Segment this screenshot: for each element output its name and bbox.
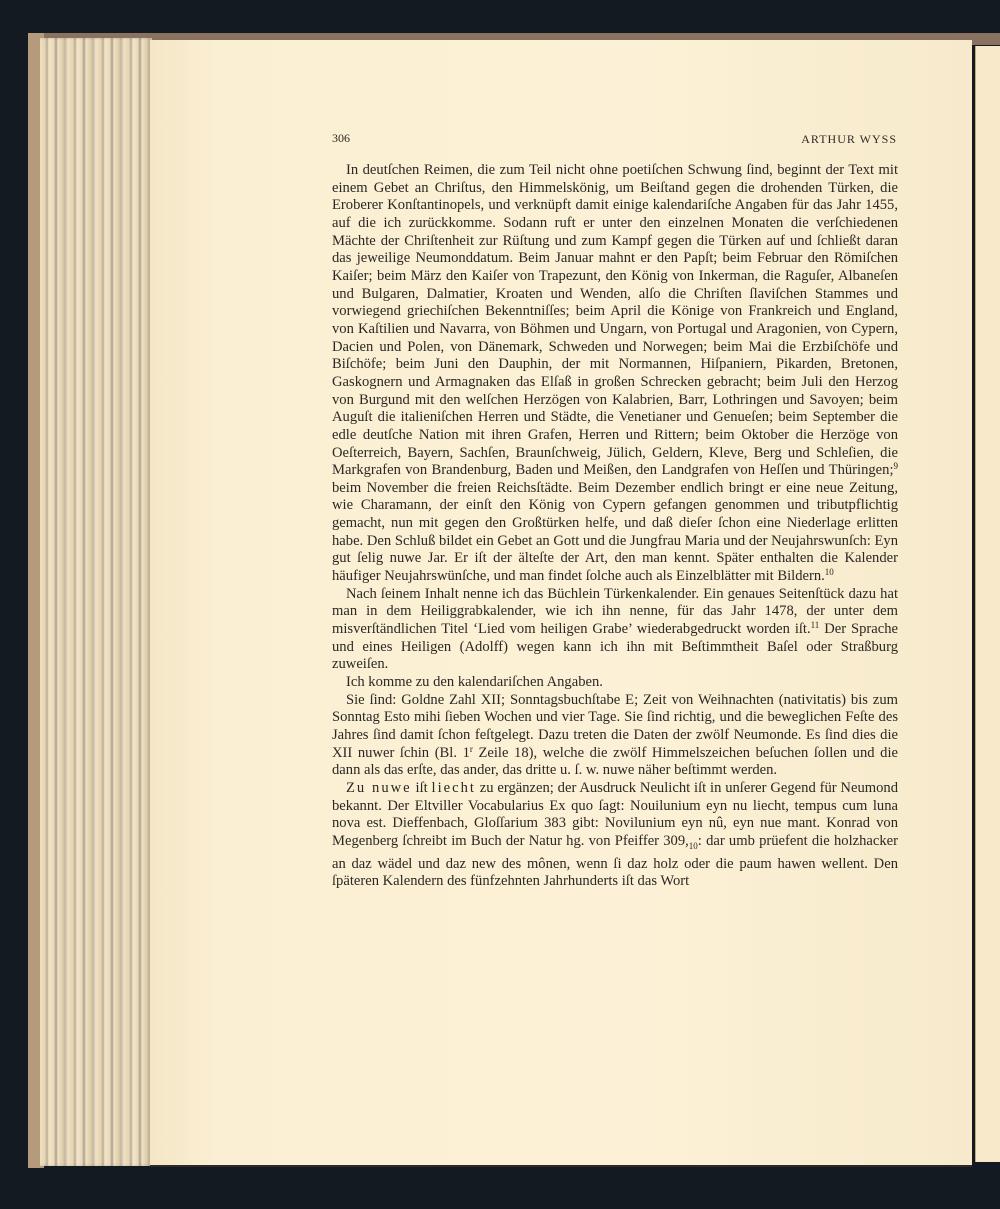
page-number: 306 [332,131,350,146]
paragraph: Ich komme zu den kalendariſchen Angaben. [332,674,898,692]
paragraph: Sie ſind: Goldne Zahl XII; Sonntagsbuchſ… [332,692,898,780]
paragraph-text: In deutſchen Reimen, die zum Teil nicht … [332,162,898,478]
spaced-term: Zu nuwe [346,780,412,796]
paragraph: Zu nuwe iſt liecht zu ergänzen; der Ausd… [332,780,898,891]
paragraph: In deutſchen Reimen, die zum Teil nicht … [332,162,898,586]
paragraph-text: Ich komme zu den kalendariſchen Angaben. [346,674,603,690]
footnote-ref[interactable]: 9 [894,461,899,471]
running-head: 306 ARTHUR WYSS [332,131,897,149]
facing-page-edge [975,46,1000,1162]
footnote-ref[interactable]: 10 [825,567,834,577]
line-subscript: 10 [689,841,698,851]
paragraph: Nach ſeinem Inhalt nenne ich das Büchlei… [332,586,898,674]
paragraph-text: iſt [412,780,432,796]
running-title: ARTHUR WYSS [801,132,897,147]
paragraph-text: beim November die freien Reichsſtädte. B… [332,480,898,584]
spaced-term: liecht [432,780,476,796]
body-text: In deutſchen Reimen, die zum Teil nicht … [332,162,898,891]
deckled-page-edges [40,38,152,1166]
footnote-ref[interactable]: 11 [811,620,820,630]
